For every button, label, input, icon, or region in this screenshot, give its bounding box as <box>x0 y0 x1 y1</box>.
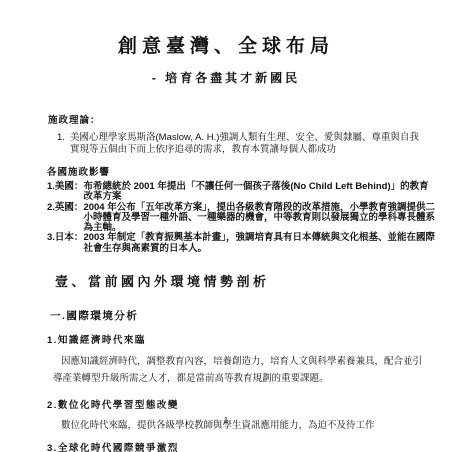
document-subtitle: - 培育各盡其才新國民 <box>0 69 452 86</box>
point-knowledge-economy: 1.知識經濟時代來臨 因應知識經濟時代，調整教育內容，培養創造力，培育人文與科學… <box>0 332 452 387</box>
list-item-label: 2.英國： <box>47 203 83 234</box>
point-title: 2.數位化時代學習型態改變 <box>47 397 452 411</box>
list-item: 2.英國： 2004 年公布「五年改革方案」，提出各級教育階段的改革措施，小學教… <box>47 203 452 234</box>
point-title: 3.全球化時代國際競爭激烈 <box>47 440 452 452</box>
foreign-policies-heading: 各國施政影響 <box>47 164 452 178</box>
part1-heading: 壹、當前國內外環境情勢剖析 <box>55 271 452 290</box>
list-item-number: 1. <box>57 132 70 156</box>
point-globalization: 3.全球化時代國際競爭激烈 <box>0 440 452 452</box>
document-title: 創意臺灣、全球布局 <box>0 31 452 58</box>
list-item-label: 1.美國： <box>47 182 83 203</box>
list-item: 1.美國： 布希總統於 2001 年提出「不讓任何一個孩子落後(No Child… <box>47 182 452 203</box>
list-item-text: 布希總統於 2001 年提出「不讓任何一個孩子落後(No Child Left … <box>83 182 435 203</box>
list-item-text: 2004 年公布「五年改革方案」，提出各級教育階段的改革措施，小學教育強調提供二… <box>83 203 435 234</box>
policy-theory-section: 施政理論： 1. 美國心理學家馬斯洛(Maslow, A. H.)強調人類有生理… <box>0 112 452 156</box>
page-number: 1 <box>0 416 452 425</box>
foreign-policies-list: 1.美國： 布希總統於 2001 年提出「不讓任何一個孩子落後(No Child… <box>47 182 452 254</box>
document-page: 創意臺灣、全球布局 - 培育各盡其才新國民 施政理論： 1. 美國心理學家馬斯洛… <box>0 0 452 452</box>
list-item: 1. 美國心理學家馬斯洛(Maslow, A. H.)強調人類有生理、安全、愛與… <box>57 132 452 156</box>
point-title: 1.知識經濟時代來臨 <box>47 332 452 346</box>
point-digital-era: 2.數位化時代學習型態改變 數位化時代來臨，提供各級學校教師與學生資訊應用能力，… <box>0 397 452 431</box>
list-item-label: 3.日本： <box>47 233 83 254</box>
list-item-text: 美國心理學家馬斯洛(Maslow, A. H.)強調人類有生理、安全、愛與隸屬、… <box>70 132 422 156</box>
policy-theory-heading: 施政理論： <box>48 112 452 126</box>
point-body: 因應知識經濟時代，調整教育內容，培養創造力，培育人文與科學素養兼具，配合並引導產… <box>53 353 429 387</box>
foreign-policies-section: 各國施政影響 1.美國： 布希總統於 2001 年提出「不讓任何一個孩子落後(N… <box>0 164 452 254</box>
list-item: 3.日本： 2003 年制定「教育振興基本計畫」，強調培育具有日本傳統與文化根基… <box>47 233 452 254</box>
list-item-text: 2003 年制定「教育振興基本計畫」，強調培育具有日本傳統與文化根基、並能在國際… <box>83 233 435 254</box>
international-analysis-heading: 一.國際環境分析 <box>50 308 452 323</box>
